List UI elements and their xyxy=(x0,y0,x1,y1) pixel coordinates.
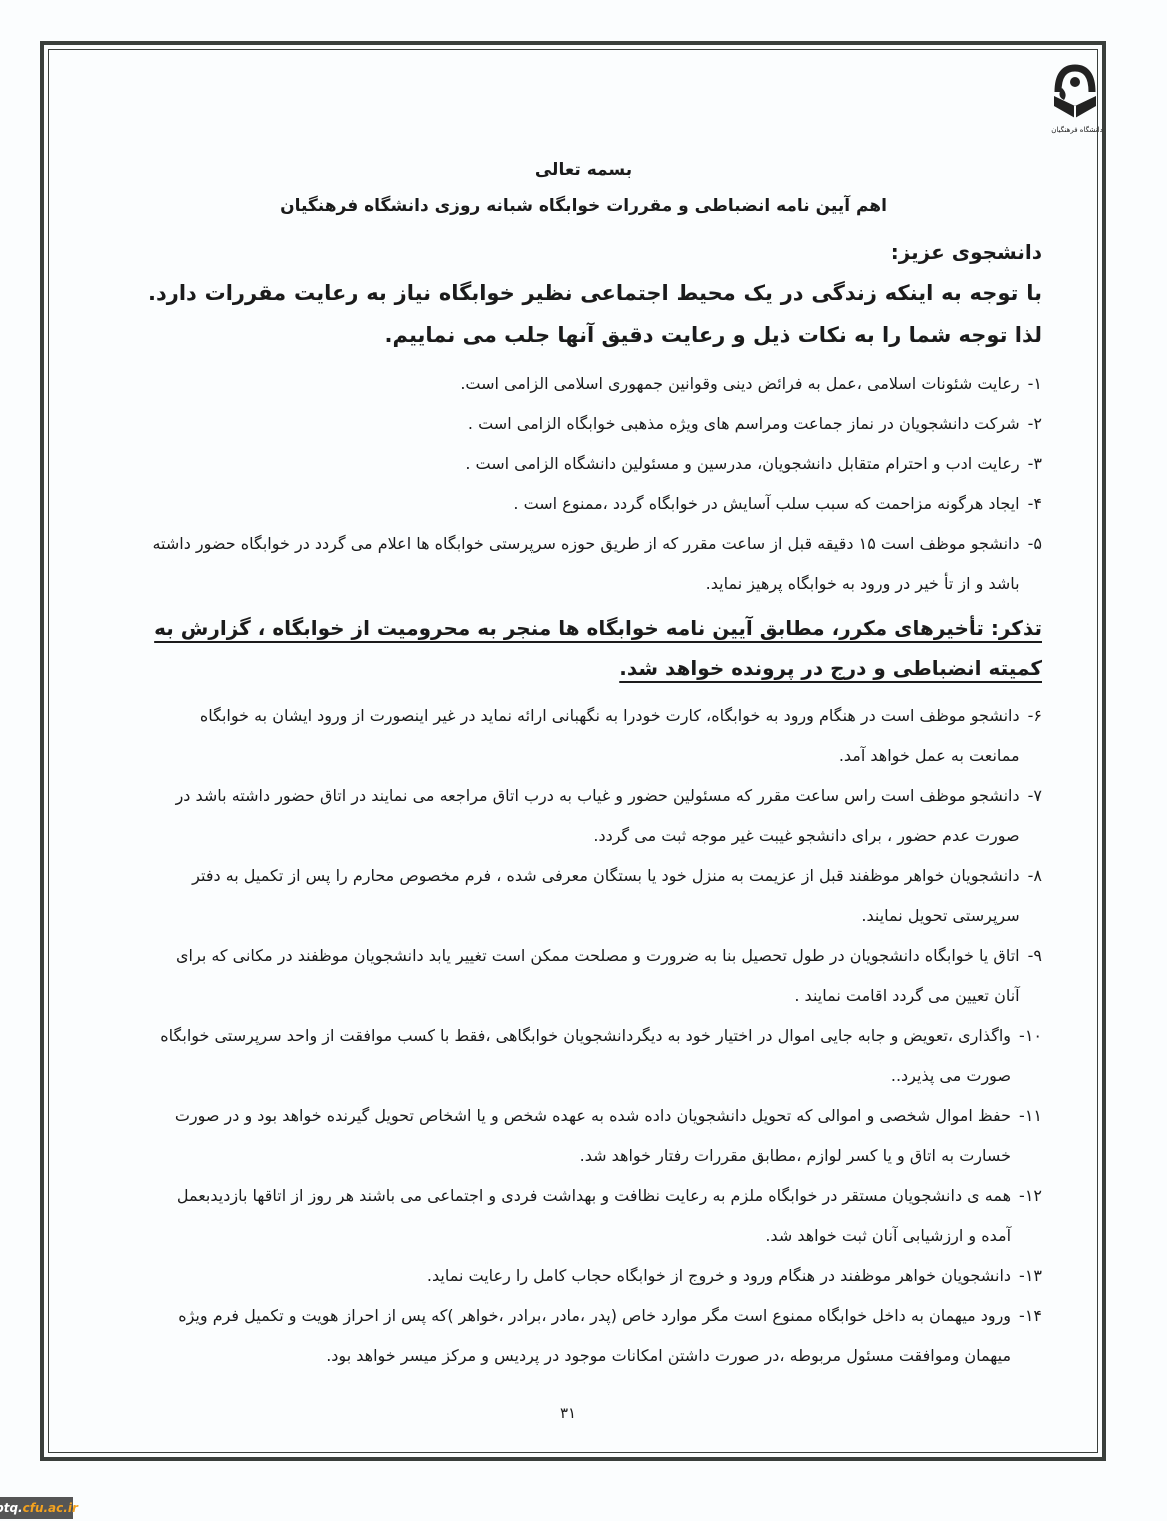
rule-item: ۷-دانشجو موظف است راس ساعت مقرر که مسئول… xyxy=(148,776,1042,856)
greeting: دانشجوی عزیز: xyxy=(148,232,1042,272)
rule-item: ۱-رعایت شئونات اسلامی ،عمل به فرائض دینی… xyxy=(148,364,1042,404)
rule-item: ۶-دانشجو موظف است در هنگام ورود به خوابگ… xyxy=(148,696,1042,776)
page-number: ۳۱ xyxy=(560,1404,576,1422)
rule-number: ۶- xyxy=(1028,696,1042,776)
rule-text: دانشجویان خواهر موظفند در هنگام ورود و خ… xyxy=(148,1256,1011,1296)
rules-list-part2: ۶-دانشجو موظف است در هنگام ورود به خوابگ… xyxy=(148,696,1042,1376)
rule-text: همه ی دانشجویان مستقر در خوابگاه ملزم به… xyxy=(148,1176,1011,1256)
rule-item: ۱۰-واگذاری ،تعویض و جابه جایی اموال در ا… xyxy=(148,1016,1042,1096)
rule-text: اتاق یا خوابگاه دانشجویان در طول تحصیل ب… xyxy=(148,936,1020,1016)
rule-number: ۷- xyxy=(1028,776,1042,856)
rule-text: حفظ اموال شخصی و اموالی که تحویل دانشجوی… xyxy=(148,1096,1011,1176)
watermark-domain: cfu.ac.ir xyxy=(23,1501,78,1515)
rule-number: ۱- xyxy=(1028,364,1042,404)
rule-item: ۳-رعایت ادب و احترام متقابل دانشجویان، م… xyxy=(148,444,1042,484)
rule-number: ۵- xyxy=(1028,524,1042,604)
rule-number: ۴- xyxy=(1028,484,1042,524)
logo-caption: دانشگاه فرهنگیان xyxy=(1048,126,1106,134)
document-header: بسمه تعالی اهم آیین نامه انضباطی و مقررا… xyxy=(140,155,1027,221)
intro-paragraph: با توجه به اینکه زندگی در یک محیط اجتماع… xyxy=(148,272,1042,356)
rule-number: ۱۳- xyxy=(1019,1256,1042,1296)
rule-item: ۸-دانشجویان خواهر موظفند قبل از عزیمت به… xyxy=(148,856,1042,936)
rule-text: شرکت دانشجویان در نماز جماعت ومراسم های … xyxy=(148,404,1020,444)
rule-number: ۲- xyxy=(1028,404,1042,444)
rule-item: ۲-شرکت دانشجویان در نماز جماعت ومراسم ها… xyxy=(148,404,1042,444)
watermark-subdomain: ptq. xyxy=(0,1501,23,1515)
rule-number: ۹- xyxy=(1028,936,1042,1016)
basmala: بسمه تعالی xyxy=(140,155,1027,185)
rule-text: دانشجو موظف است در هنگام ورود به خوابگاه… xyxy=(148,696,1020,776)
rule-number: ۸- xyxy=(1028,856,1042,936)
rule-item: ۴-ایجاد هرگونه مزاحمت که سبب سلب آسایش د… xyxy=(148,484,1042,524)
rule-number: ۱۲- xyxy=(1019,1176,1042,1256)
rule-item: ۱۲-همه ی دانشجویان مستقر در خوابگاه ملزم… xyxy=(148,1176,1042,1256)
rule-text: رعایت شئونات اسلامی ،عمل به فرائض دینی و… xyxy=(148,364,1020,404)
document-title: اهم آیین نامه انضباطی و مقررات خوابگاه ش… xyxy=(140,191,1027,221)
rule-text: دانشجو موظف است راس ساعت مقرر که مسئولین… xyxy=(148,776,1020,856)
document-body: دانشجوی عزیز: با توجه به اینکه زندگی در … xyxy=(148,232,1042,1376)
rule-item: ۵-دانشجو موظف است ۱۵ دقیقه قبل از ساعت م… xyxy=(148,524,1042,604)
rule-number: ۱۰- xyxy=(1019,1016,1042,1096)
rule-number: ۱۴- xyxy=(1019,1296,1042,1376)
rule-item: ۱۳-دانشجویان خواهر موظفند در هنگام ورود … xyxy=(148,1256,1042,1296)
rules-list-part1: ۱-رعایت شئونات اسلامی ،عمل به فرائض دینی… xyxy=(148,364,1042,604)
site-watermark[interactable]: ptq.cfu.ac.ir xyxy=(0,1497,73,1519)
rule-text: ورود میهمان به داخل خوابگاه ممنوع است مگ… xyxy=(148,1296,1011,1376)
rule-text: دانشجو موظف است ۱۵ دقیقه قبل از ساعت مقر… xyxy=(148,524,1020,604)
rule-item: ۹-اتاق یا خوابگاه دانشجویان در طول تحصیل… xyxy=(148,936,1042,1016)
rule-text: ایجاد هرگونه مزاحمت که سبب سلب آسایش در … xyxy=(148,484,1020,524)
rule-item: ۱۴-ورود میهمان به داخل خوابگاه ممنوع است… xyxy=(148,1296,1042,1376)
warning-note: تذکر: تأخیرهای مکرر، مطابق آیین نامه خوا… xyxy=(148,608,1042,688)
rule-text: واگذاری ،تعویض و جابه جایی اموال در اختی… xyxy=(148,1016,1011,1096)
rule-number: ۱۱- xyxy=(1019,1096,1042,1176)
rule-item: ۱۱-حفظ اموال شخصی و اموالی که تحویل دانش… xyxy=(148,1096,1042,1176)
rule-number: ۳- xyxy=(1028,444,1042,484)
rule-text: دانشجویان خواهر موظفند قبل از عزیمت به م… xyxy=(148,856,1020,936)
rule-text: رعایت ادب و احترام متقابل دانشجویان، مدر… xyxy=(148,444,1020,484)
